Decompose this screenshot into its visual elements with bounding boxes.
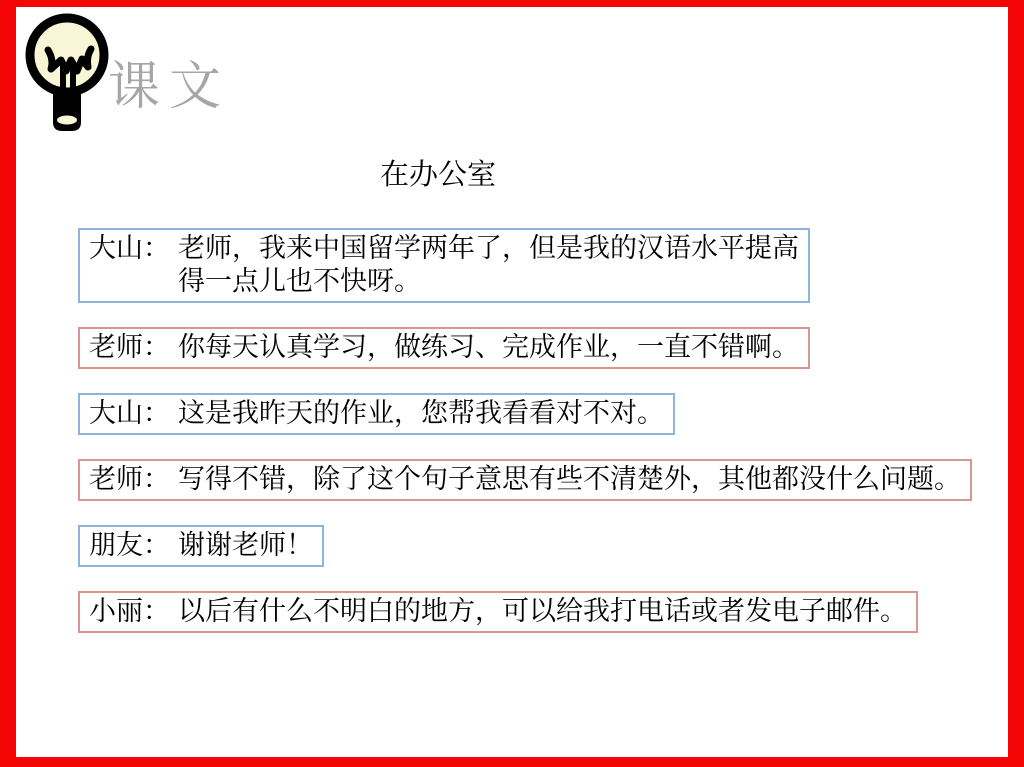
speaker-label: 老师：	[89, 463, 170, 496]
dialog-box-xiaoli: 小丽： 以后有什么不明白的地方，可以给我打电话或者发电子邮件。	[78, 591, 918, 633]
slide: 课文 在办公室 大山： 老师，我来中国留学两年了，但是我的汉语水平提高 得一点儿…	[0, 0, 1024, 767]
dialog-text: 写得不错，除了这个句子意思有些不清楚外，其他都没什么问题。	[178, 463, 961, 496]
dialog-box-dashan-2: 大山： 这是我昨天的作业，您帮我看看对不对。	[78, 393, 675, 435]
dialog-box-teacher-2: 老师： 写得不错，除了这个句子意思有些不清楚外，其他都没什么问题。	[78, 459, 972, 501]
lightbulb-icon	[20, 8, 116, 142]
speaker-label: 大山：	[89, 232, 170, 298]
dialog-text: 这是我昨天的作业，您帮我看看对不对。	[178, 397, 664, 430]
dialog-box-dashan-1: 大山： 老师，我来中国留学两年了，但是我的汉语水平提高 得一点儿也不快呀。	[78, 228, 810, 303]
dialog-text: 老师，我来中国留学两年了，但是我的汉语水平提高 得一点儿也不快呀。	[178, 232, 799, 298]
dialog-box-friend: 朋友： 谢谢老师！	[78, 525, 324, 567]
speaker-label: 大山：	[89, 397, 170, 430]
speaker-label: 朋友：	[89, 529, 170, 562]
dialog-text: 你每天认真学习，做练习、完成作业，一直不错啊。	[178, 331, 799, 364]
speaker-label: 小丽：	[89, 595, 170, 628]
page-title: 课文	[108, 56, 230, 118]
speaker-label: 老师：	[89, 331, 170, 364]
lesson-subtitle: 在办公室	[78, 152, 798, 193]
dialog-list: 大山： 老师，我来中国留学两年了，但是我的汉语水平提高 得一点儿也不快呀。 老师…	[78, 228, 972, 633]
dialog-box-teacher-1: 老师： 你每天认真学习，做练习、完成作业，一直不错啊。	[78, 327, 810, 369]
dialog-text: 以后有什么不明白的地方，可以给我打电话或者发电子邮件。	[178, 595, 907, 628]
dialog-text: 谢谢老师！	[178, 529, 313, 562]
